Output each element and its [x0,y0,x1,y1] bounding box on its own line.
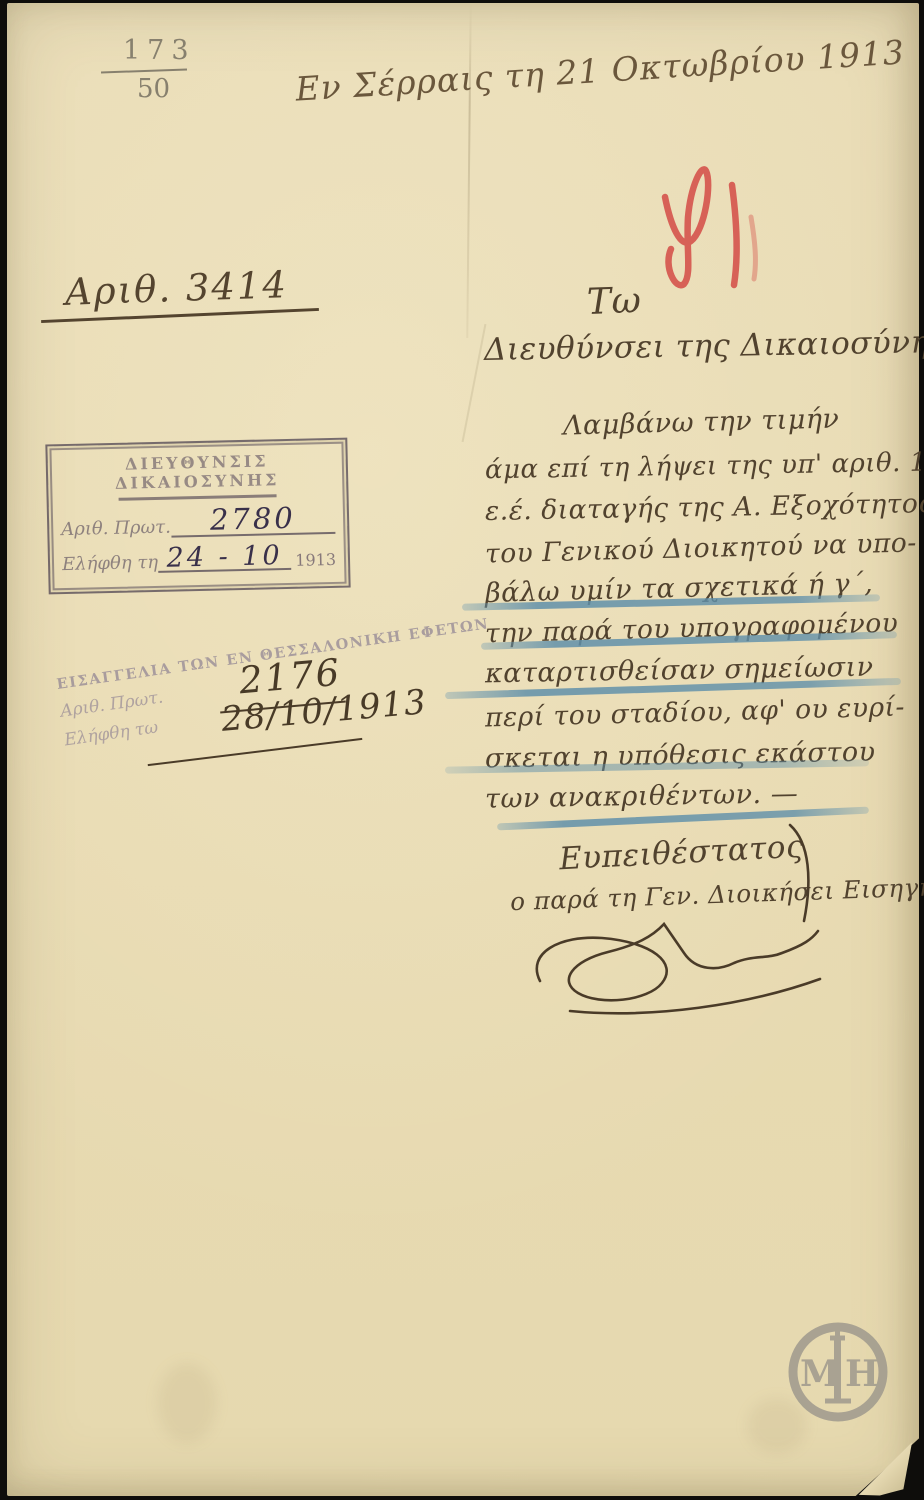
stamp-protocol-label: Αριθ. Πρωτ. [61,516,171,539]
scanned-letter: 173 50 Εν Σέρραις τη 21 Οκτωβρίου 1913 Α… [0,0,924,1500]
stamp-received-year: 1913 [295,550,336,570]
recipient-addressee: Διευθύνσει της Δικαιοσύνης [484,324,924,368]
paper-stain [157,1363,217,1443]
fold-crease [462,324,487,442]
stamp-received-label: Ελήφθη τη [62,552,158,575]
body-line: των ανακριθέντων. — [485,778,799,814]
fraction-denominator: 50 [137,74,209,104]
archive-watermark-logo: Μ Η [779,1313,897,1431]
red-annotation-mark [635,155,815,295]
recipient-salutation: Τω [586,280,642,323]
stamp-received-row: Ελήφθη τη 24 - 10 1913 [62,541,337,575]
body-line: περί του σταδίου, αφ' ου ευρί- [485,692,906,734]
fraction-numerator: 173 [123,35,209,66]
paper-sheet: 173 50 Εν Σέρραις τη 21 Οκτωβρίου 1913 Α… [7,3,919,1496]
watermark-letter-h: Η [845,1353,879,1395]
dateline: Εν Σέρραις τη 21 Οκτωβρίου 1913 [294,32,906,108]
page-fraction: 173 50 [99,35,209,104]
stamp-protocol-row: Αριθ. Πρωτ. 2780 [61,504,336,540]
body-line: ε.έ. διαταγής της Α. Εξοχότητος [485,488,924,527]
stamp-received-value: 24 - 10 [158,542,292,573]
stamp-divider [118,494,277,501]
fold-crease [466,3,472,338]
body-line: άμα επί τη λήψει της υπ' αριθ. 1950 [485,447,924,486]
body-line: του Γενικού Διοικητού να υπο- [485,527,917,569]
body-line: Λαμβάνω την τιμήν [563,403,840,441]
protocol-number: Αριθ. 3414 [64,263,288,314]
stamp-protocol-value: 2780 [170,504,335,537]
stamp-title: ΔΙΕΥΘΥΝΣΙΣ ΔΙΚΑΙΟΣΥΝΗΣ [60,450,335,494]
signature-flourish [512,821,922,1021]
watermark-letter-m: Μ [800,1353,840,1395]
handwritten-underline [148,738,363,766]
fraction-line [101,68,187,73]
stamp-justice-directorate: ΔΙΕΥΘΥΝΣΙΣ ΔΙΚΑΙΟΣΥΝΗΣ Αριθ. Πρωτ. 2780 … [45,438,350,595]
